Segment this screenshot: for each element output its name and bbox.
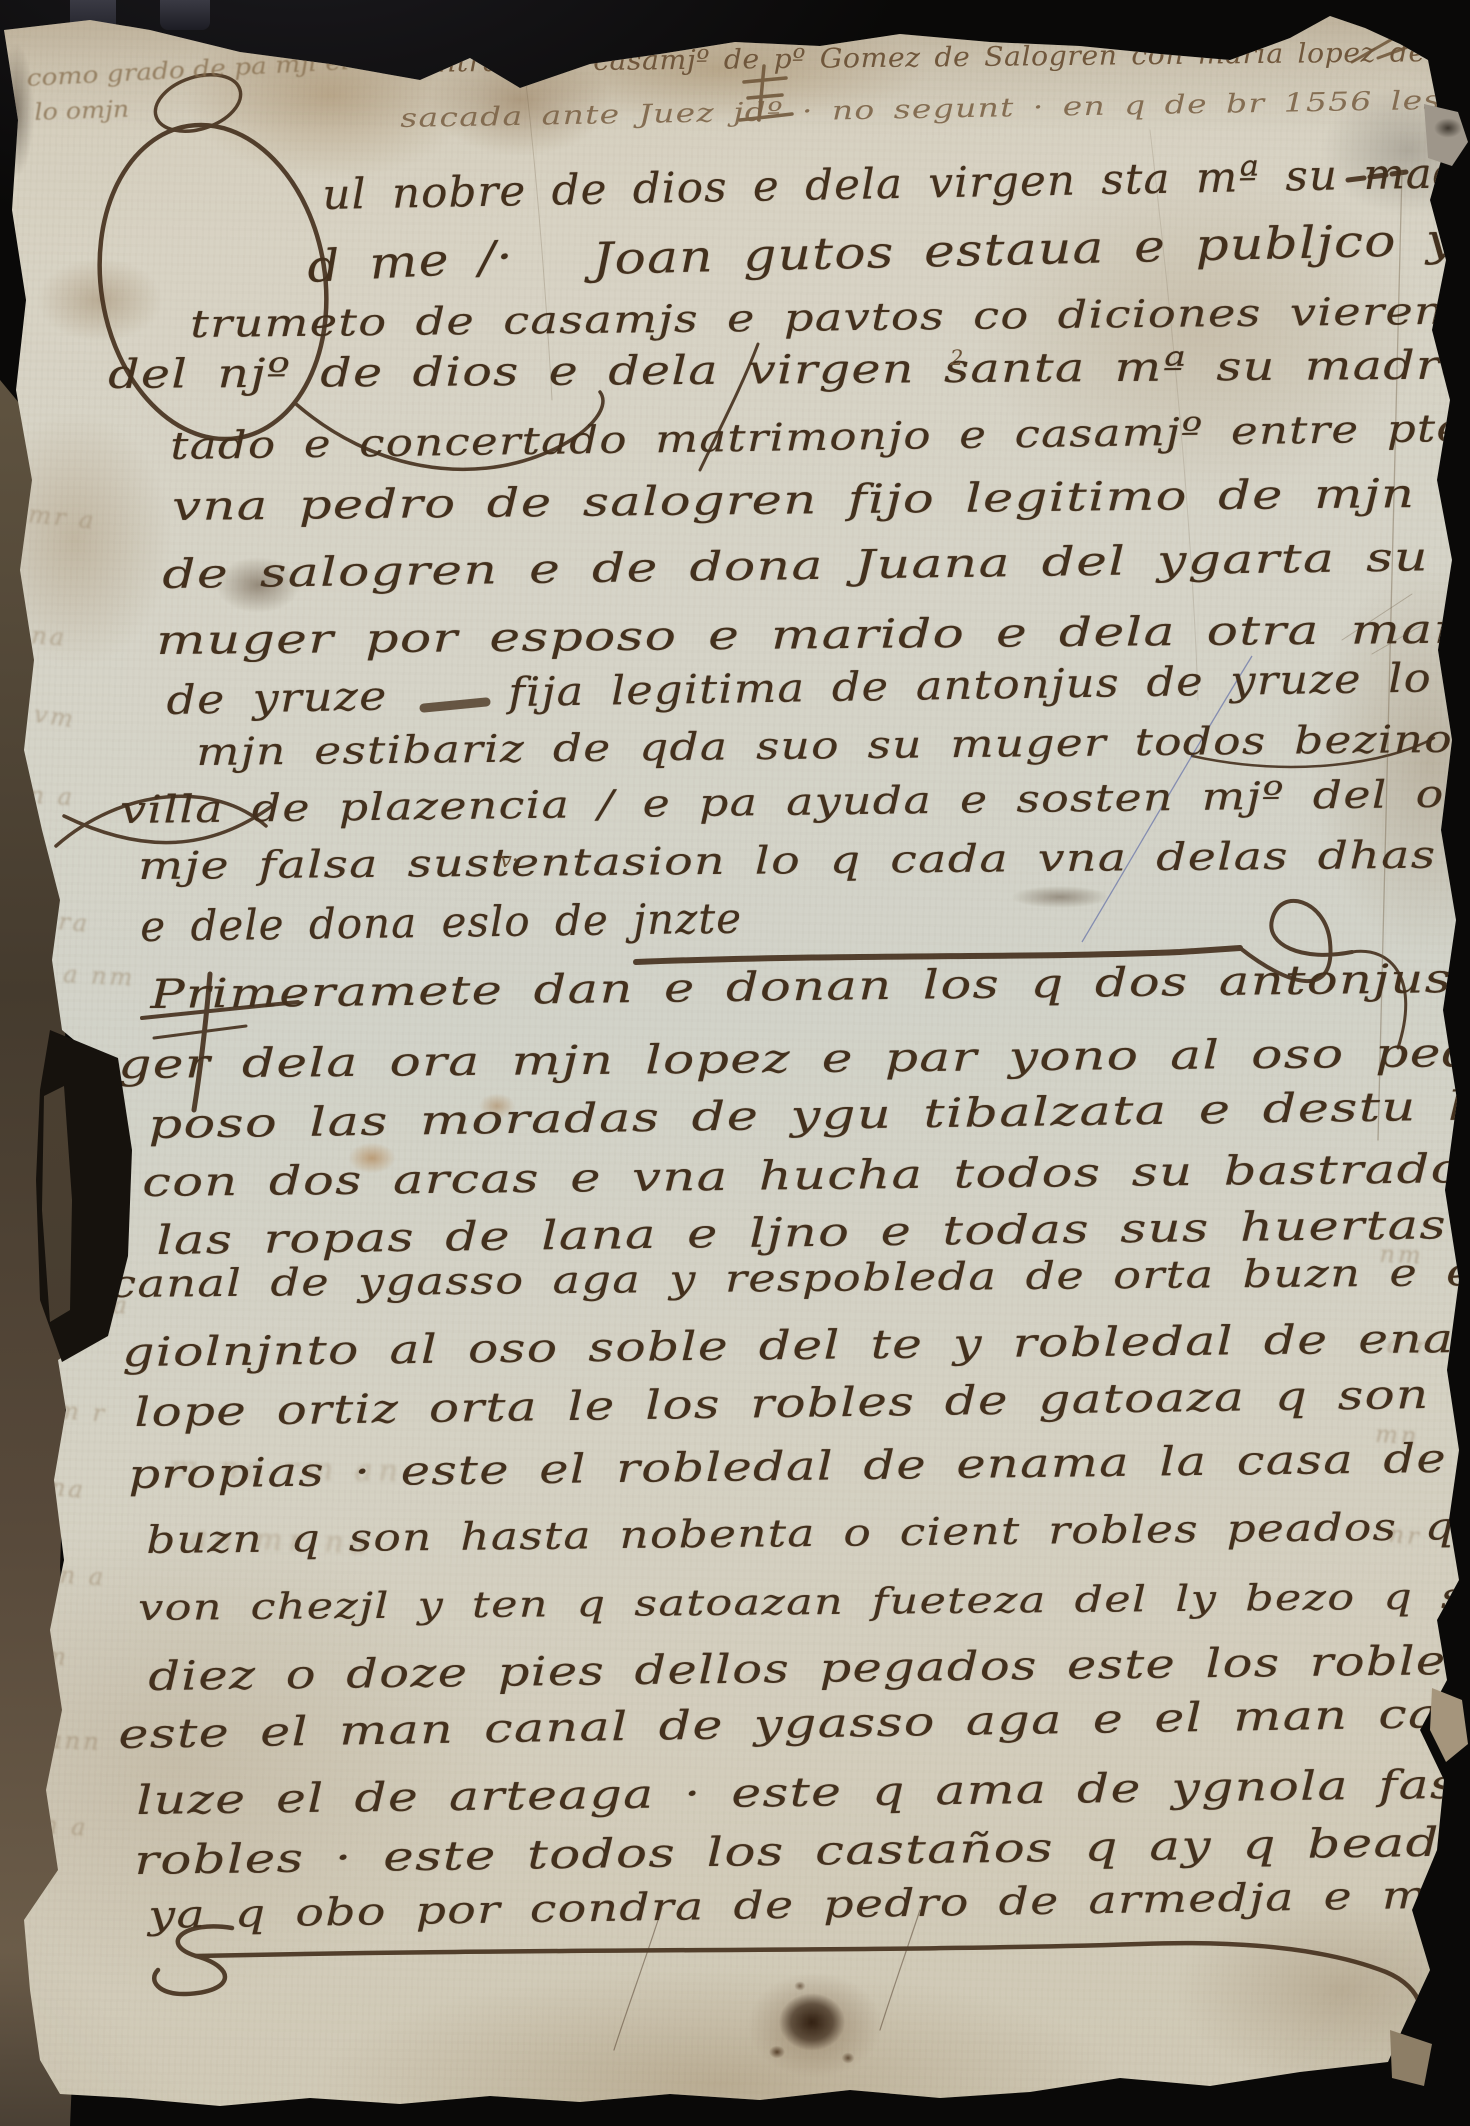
interlinear-mark: 2 <box>950 346 963 370</box>
strikethrough-mark <box>424 702 486 708</box>
body-line: d me /· <box>306 231 515 293</box>
binding-fragment <box>160 0 210 30</box>
closing-rule <box>196 1943 1421 2042</box>
body-line: e dele dona eslo de jnzte <box>140 894 742 951</box>
body-line: de yruze <box>166 673 388 724</box>
calderon-crossbar2 <box>154 1026 246 1038</box>
interlinear-mark: v· <box>500 848 519 872</box>
manuscript-scan: { "scan": { "background_color": "#0a0908… <box>0 0 1470 2126</box>
hairline-stroke <box>880 1910 920 2030</box>
manuscript-page: mr a nna vm on a mra nn am r mna vn a rm… <box>0 0 1470 2126</box>
margin-note: lo omjn <box>34 97 130 126</box>
